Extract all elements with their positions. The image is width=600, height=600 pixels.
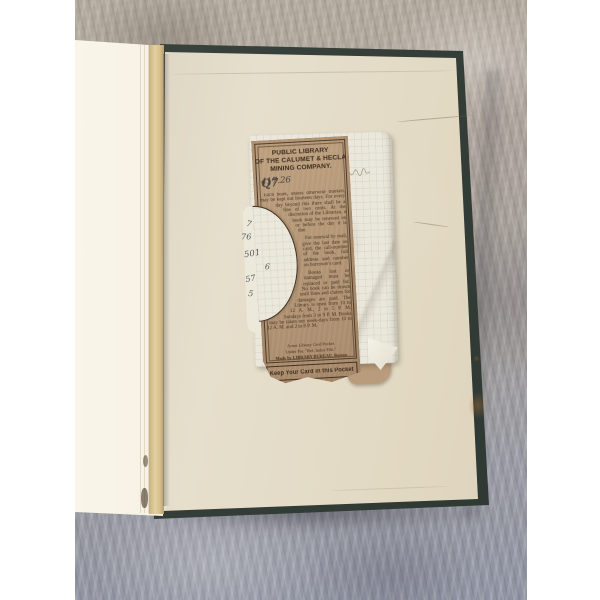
card-number: 5 <box>248 289 254 299</box>
banner-text: Keep Your Card in this Pocket <box>270 366 354 377</box>
keep-card-banner: Keep Your Card in this Pocket <box>266 362 358 382</box>
card-number: 76 <box>241 232 251 241</box>
card-number: 57 <box>245 273 257 284</box>
glue-stain <box>141 488 148 508</box>
glue-stain <box>143 455 148 467</box>
binding-hinge-tape <box>149 45 164 514</box>
call-number-value: 417.26 <box>261 175 291 187</box>
gutter-shadow <box>163 54 170 506</box>
library-pocket: PUBLIC LIBRARY OF THE CALUMET & HECLA MI… <box>251 136 361 386</box>
photo-scan: PUBLIC LIBRARY OF THE CALUMET & HECLA MI… <box>0 0 600 600</box>
brown-stain <box>469 392 487 419</box>
card-number: 6 <box>265 262 271 271</box>
carpet-background: PUBLIC LIBRARY OF THE CALUMET & HECLA MI… <box>75 0 527 600</box>
brown-stain-small <box>473 355 480 362</box>
